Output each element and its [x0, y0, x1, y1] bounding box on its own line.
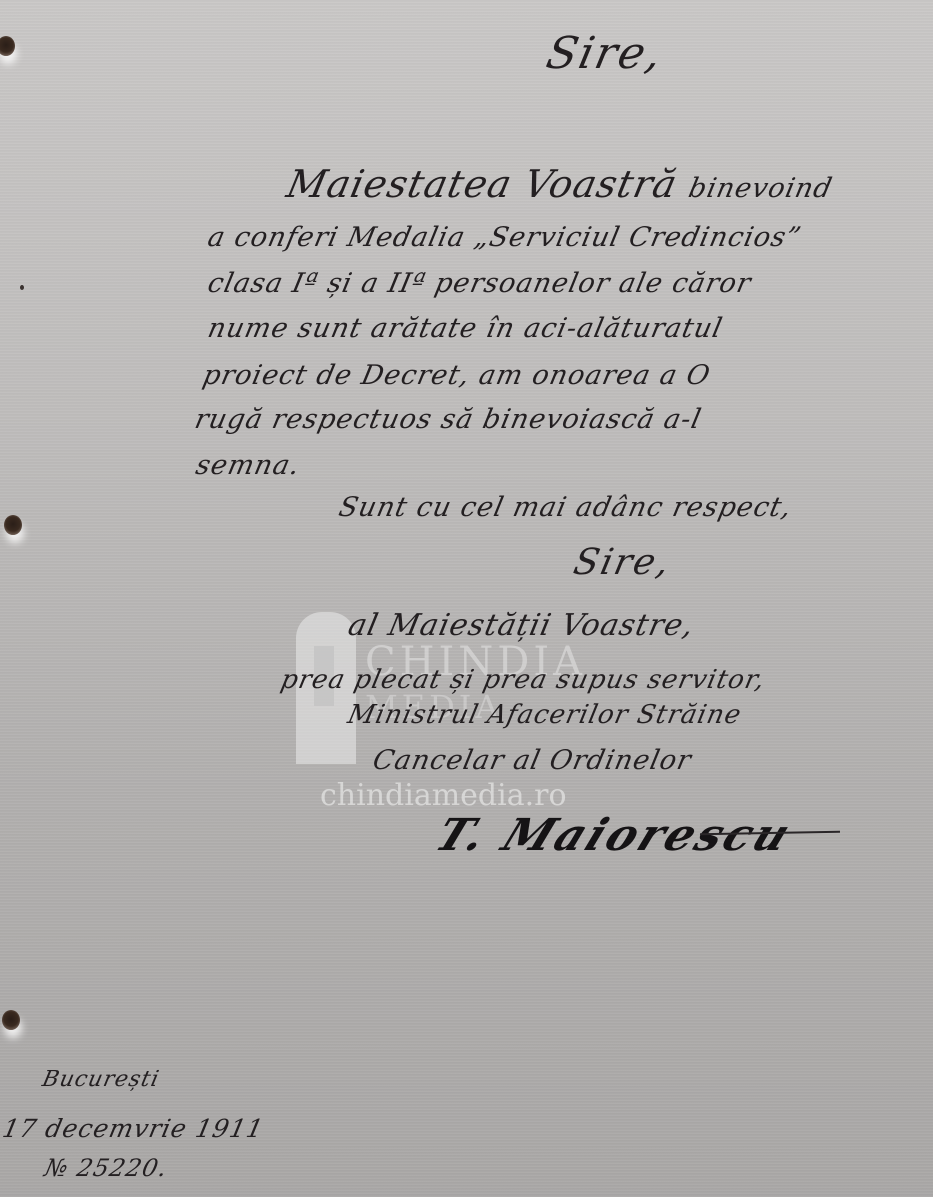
- signature: T. Maiorescu: [428, 810, 800, 861]
- body-text: binevoind: [686, 173, 836, 204]
- footer-date: 17 decemvrie 1911: [0, 1114, 267, 1143]
- closing-line-3: Ministrul Afacerilor Străine: [345, 700, 744, 730]
- body-line-6: rugă respectuos să binevoiască a-l: [192, 404, 704, 435]
- closing-line-4: Cancelar al Ordinelor: [370, 745, 695, 776]
- closing-line-2: prea plecat și prea supus servitor,: [278, 665, 768, 695]
- punch-hole: [4, 515, 22, 535]
- salutation-top: Sire,: [542, 28, 668, 79]
- closing-line-1: al Maiestății Voastre,: [345, 608, 697, 643]
- ink-spot: [20, 285, 24, 290]
- respect-line: Sunt cu cel mai adânc respect,: [336, 492, 795, 523]
- body-line-4: nume sunt arătate în aci-alăturatul: [205, 313, 726, 344]
- body-line-1: Maiestatea Voastră binevoind: [283, 162, 838, 206]
- footer-number: № 25220.: [42, 1154, 170, 1182]
- salutation-closing: Sire,: [570, 542, 675, 583]
- body-line-7: semna.: [193, 450, 303, 481]
- watermark-url: chindiamedia.ro: [320, 778, 567, 813]
- body-line-2: a conferi Medalia „Serviciul Credincios”: [205, 222, 804, 253]
- punch-hole: [2, 1010, 20, 1030]
- document-page: Sire, Maiestatea Voastră binevoind a con…: [0, 0, 933, 1197]
- footer-place: București: [40, 1067, 162, 1092]
- punch-hole: [0, 36, 15, 56]
- body-line-3: clasa Iª și a IIª persoanelor ale căror: [205, 268, 754, 299]
- body-line-5: proiect de Decret, am onoarea a O: [200, 360, 713, 391]
- body-text: Maiestatea Voastră: [283, 162, 682, 206]
